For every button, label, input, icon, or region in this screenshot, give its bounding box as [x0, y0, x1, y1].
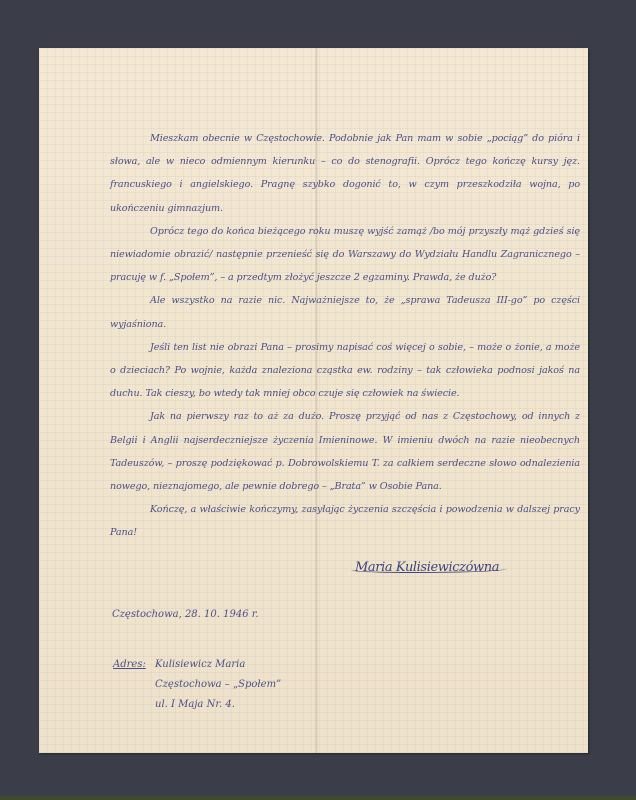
signature: Maria Kulisiewiczówna — [355, 560, 499, 575]
paragraph: Ale wszystko na razie nic. Najważniejsze… — [110, 289, 580, 335]
paragraph: Kończę, a właściwie kończymy, zasyłając … — [110, 498, 580, 544]
letter-paper: Mieszkam obecnie w Częstochowie. Podobni… — [39, 48, 588, 753]
place-date: Częstochowa, 28. 10. 1946 r. — [112, 609, 259, 620]
paragraph: Jak na pierwszy raz to aż za dużo. Prosz… — [110, 405, 580, 498]
letter-body: Mieszkam obecnie w Częstochowie. Podobni… — [110, 127, 580, 545]
address-label: Adres: — [113, 655, 155, 675]
address-line: ul. I Maja Nr. 4. — [113, 695, 281, 715]
paragraph: Oprócz tego do końca bieżącego roku musz… — [110, 220, 580, 290]
address-block: Adres:Kulisiewicz Maria Częstochowa – „S… — [113, 655, 281, 715]
address-line: Częstochowa – „Społem” — [113, 675, 281, 695]
paragraph: Mieszkam obecnie w Częstochowie. Podobni… — [110, 127, 580, 220]
address-line: Adres:Kulisiewicz Maria — [113, 655, 281, 675]
scan-edge-strip — [0, 796, 636, 800]
paragraph: Jeśli ten list nie obrazi Pana – prosimy… — [110, 336, 580, 406]
